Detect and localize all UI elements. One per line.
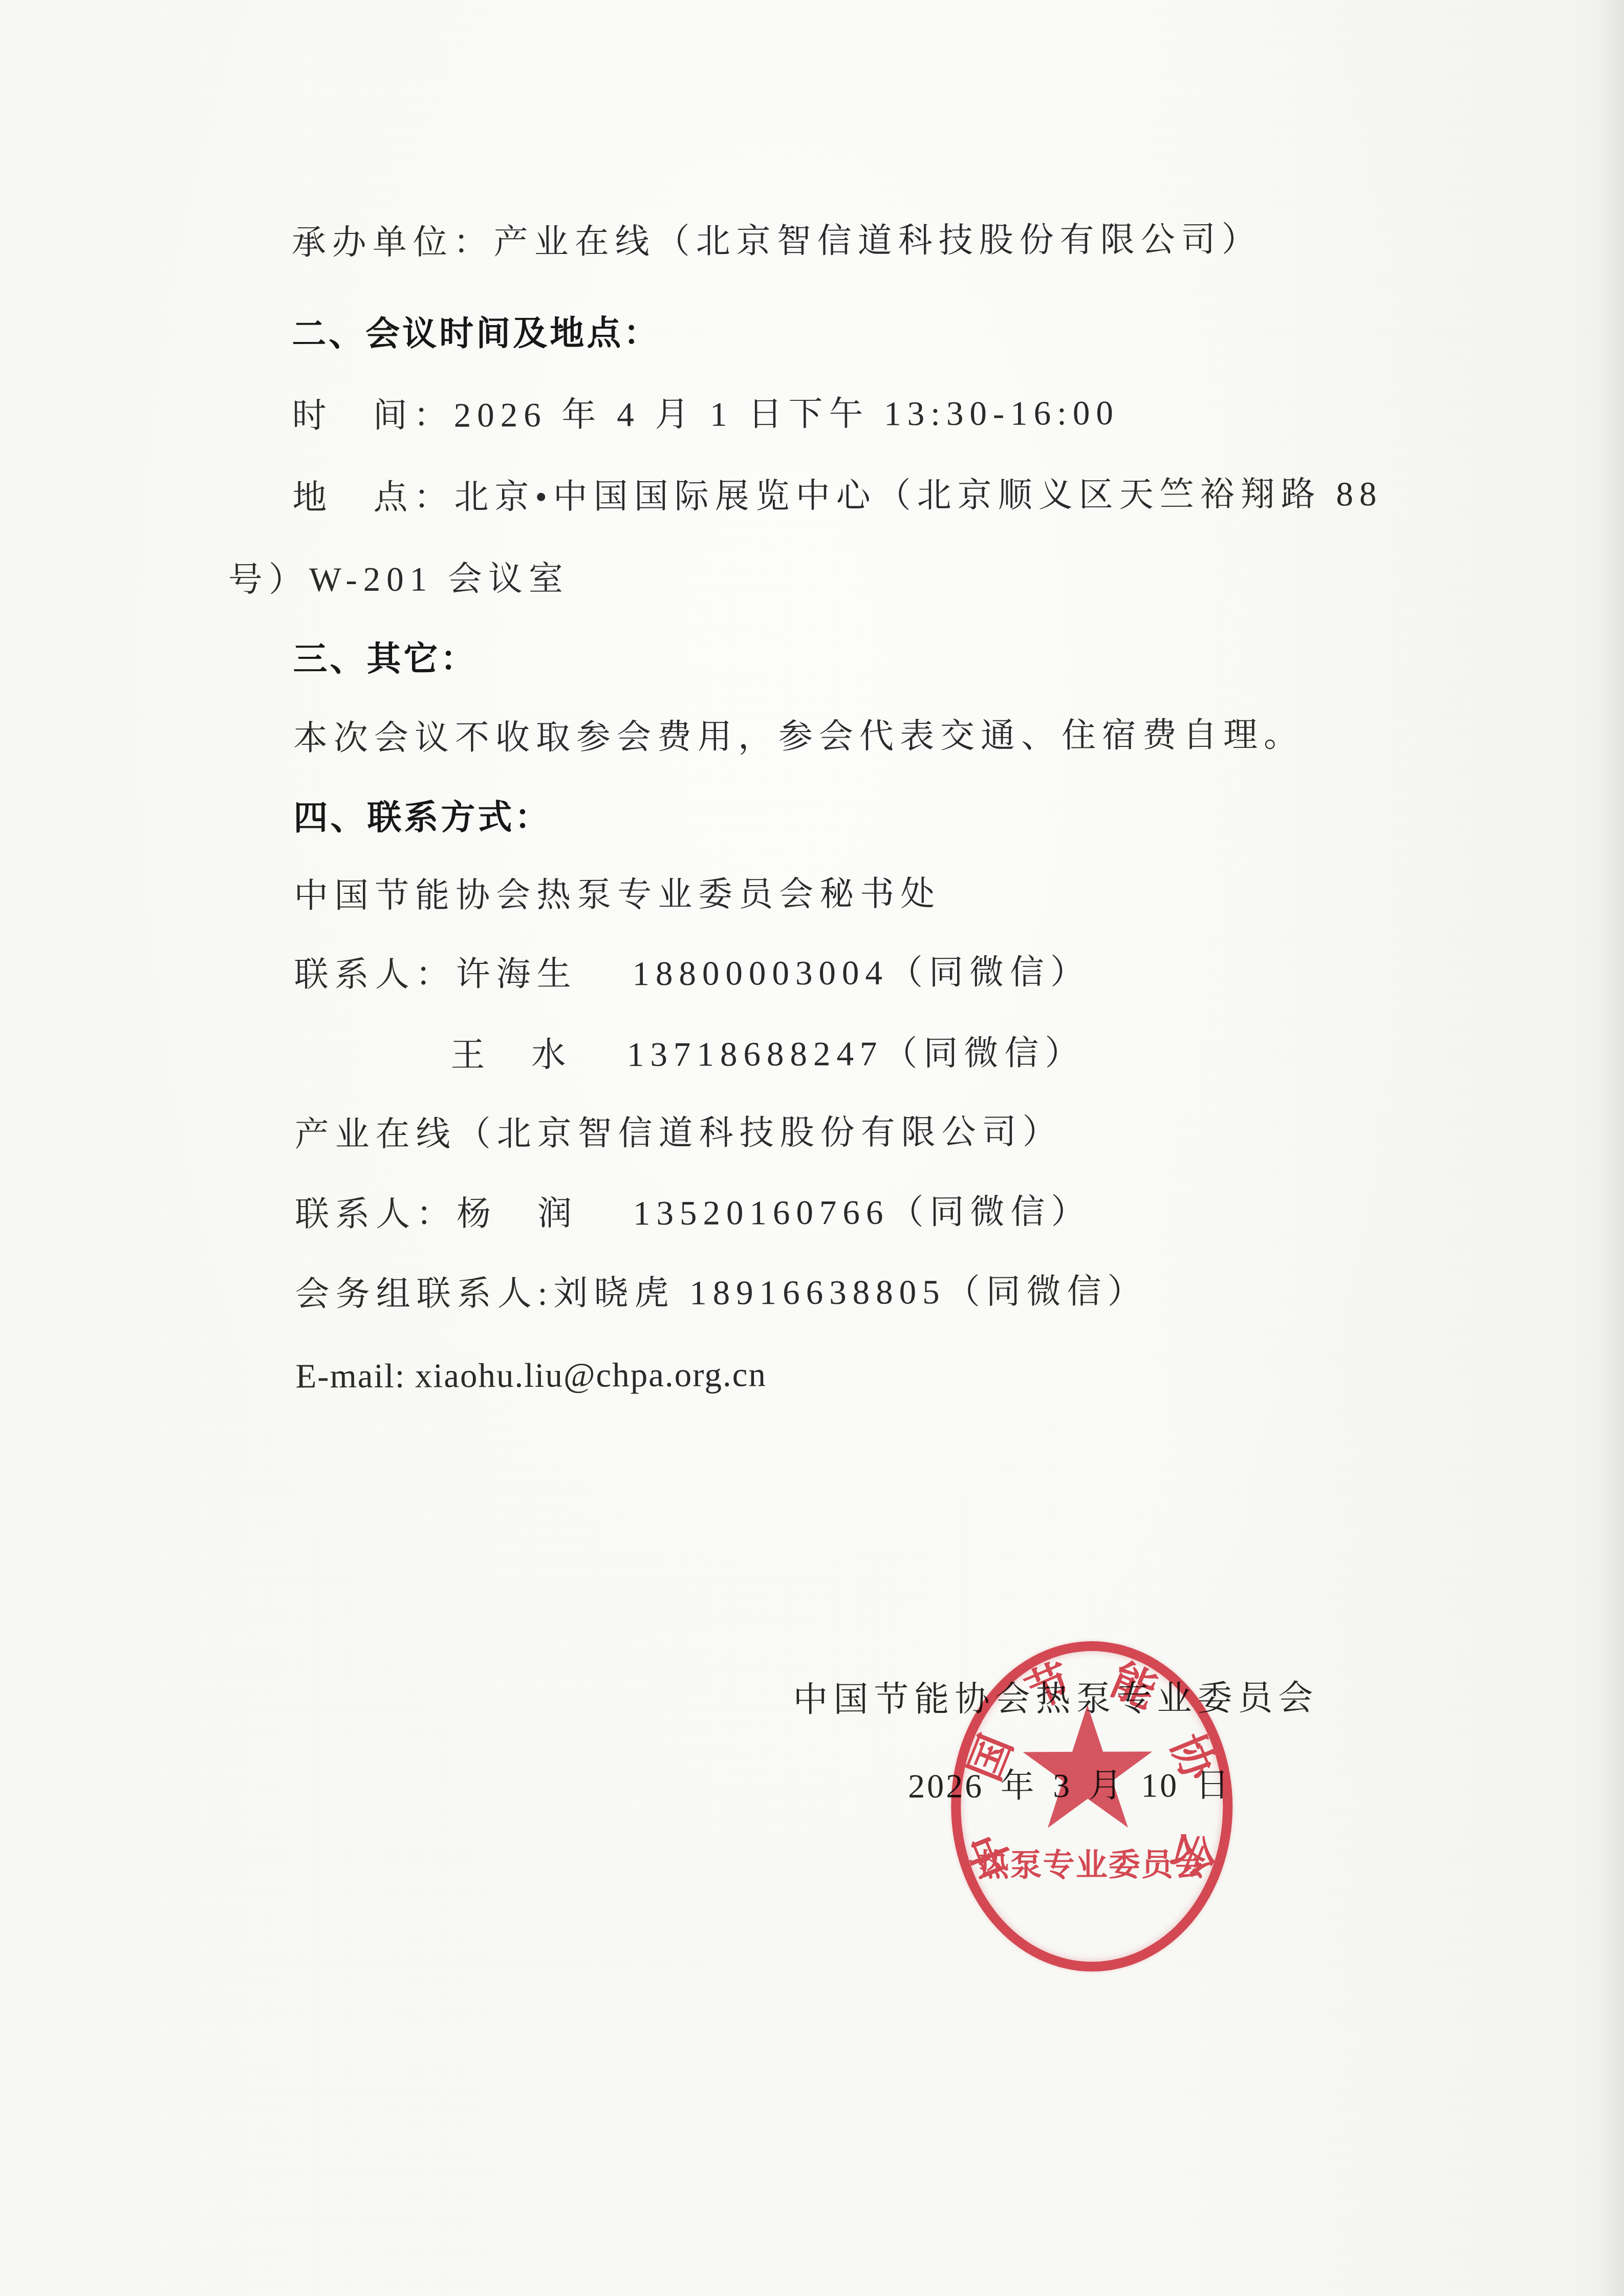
body-line-place-cont: 号）W-201 会议室	[228, 558, 569, 602]
body-line-secretariat: 中国节能协会热泵专业委员会秘书处	[294, 873, 941, 918]
body-line-time: 时 间：2026 年 4 月 1 日下午 13:30-16:00	[292, 392, 1119, 438]
page-content: 承办单位：产业在线（北京智信道科技股份有限公司） 二、会议时间及地点： 时 间：…	[0, 0, 1624, 2296]
body-line-email: E-mail: xiaohu.liu@chpa.org.cn	[295, 1354, 767, 1398]
section-heading-4: 四、联系方式：	[293, 796, 551, 840]
document-page: 承办单位：产业在线（北京智信道科技股份有限公司） 二、会议时间及地点： 时 间：…	[0, 0, 1624, 2296]
body-line-fee-note: 本次会议不收取参会费用，参会代表交通、住宿费自理。	[293, 714, 1304, 761]
body-line-contact-liu: 会务组联系人:刘晓虎 18916638805（同微信）	[295, 1271, 1148, 1317]
body-line-contact-xu: 联系人：许海生 18800003004（同微信）	[294, 951, 1091, 997]
official-seal: 中 国 节 能 协 会 ★ 热泵专业委员会	[950, 1641, 1233, 1972]
seal-bottom-text: 热泵专业委员会	[951, 1839, 1233, 1885]
section-heading-3: 三、其它：	[293, 637, 477, 681]
body-line-place: 地 点：北京•中国国际展览中心（北京顺义区天竺裕翔路 88	[292, 473, 1382, 520]
body-line-company: 产业在线（北京智信道科技股份有限公司）	[295, 1111, 1063, 1156]
section-heading-2: 二、会议时间及地点：	[292, 312, 660, 356]
body-line-contact-wang: 王 水 13718688247（同微信）	[450, 1032, 1086, 1077]
body-line-contact-yang: 联系人：杨 润 13520160766（同微信）	[295, 1191, 1092, 1236]
body-line-organizer: 承办单位：产业在线（北京智信道科技股份有限公司）	[291, 219, 1262, 265]
seal-star-icon: ★	[1012, 1684, 1164, 1853]
